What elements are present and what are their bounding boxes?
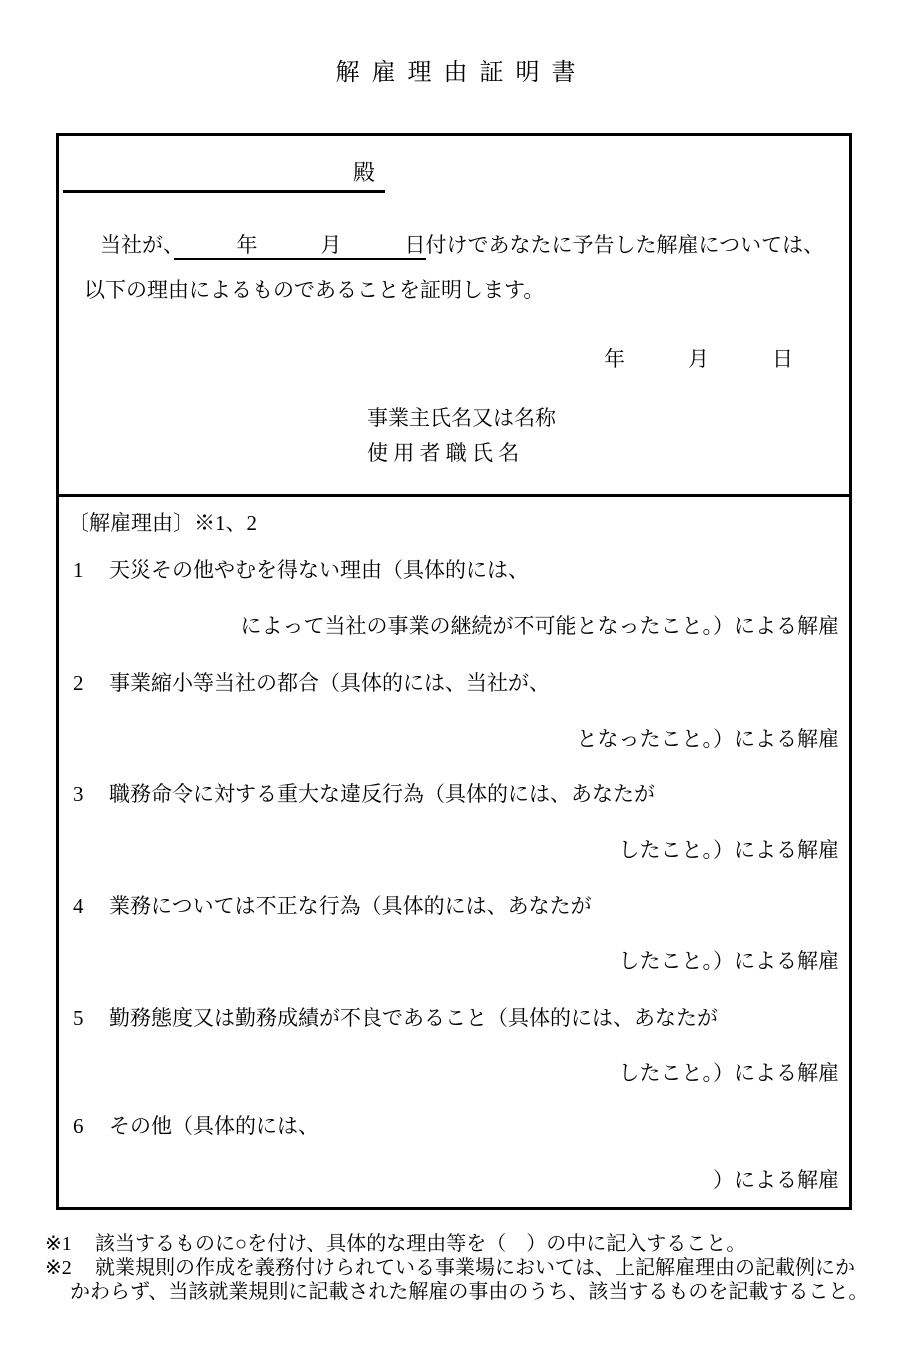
reason-item-2-line2: となったこと。）による解雇 [577, 723, 840, 753]
reason-item-1-line2: によって当社の事業の継続が不可能となったこと。）による解雇 [241, 610, 840, 640]
reason-item-6-text: その他（具体的には、 [109, 1114, 319, 1138]
reason-item-2-line1: 2事業縮小等当社の都合（具体的には、当社が、 [73, 667, 550, 697]
footnote-2-marker: ※2 [45, 1256, 95, 1280]
section-divider-line [59, 494, 849, 497]
addressee-blank-field: 殿 [63, 156, 385, 193]
dismissal-reason-certificate-page: 解 雇 理 由 証 明 書 殿 当社が、 年 月 日付けであなたに予告した解雇に… [0, 0, 914, 1368]
reason-item-4-line2: したこと。）による解雇 [619, 945, 840, 975]
reason-item-3-line1: 3職務命令に対する重大な違反行為（具体的には、あなたが [73, 778, 655, 808]
certificate-body-line2: 以下の理由によるものであることを証明します。 [84, 277, 544, 304]
reasons-section-heading: 〔解雇理由〕※1、2 [68, 507, 257, 537]
reason-item-5-number: 5 [73, 1006, 109, 1031]
reason-item-4-line1: 4業務については不正な行為（具体的には、あなたが [73, 890, 592, 920]
footnote-1-marker: ※1 [45, 1232, 95, 1256]
reason-item-1-number: 1 [73, 558, 109, 583]
reason-item-2-number: 2 [73, 671, 109, 696]
signer-title-label: 使 用 者 職 氏 名 [367, 437, 519, 467]
reason-item-6-line1: 6その他（具体的には、 [73, 1110, 319, 1140]
body-line1-prefix: 当社が、 [100, 233, 174, 257]
certificate-body-line1: 当社が、 年 月 日付けであなたに予告した解雇については、 [100, 232, 824, 259]
reason-item-5-text: 勤務態度又は勤務成績が不良であること（具体的には、あなたが [109, 1006, 718, 1030]
reason-item-3-line2: したこと。）による解雇 [619, 834, 840, 864]
reason-item-4-number: 4 [73, 894, 109, 919]
reason-item-5-line1: 5勤務態度又は勤務成績が不良であること（具体的には、あなたが [73, 1002, 718, 1032]
reason-item-3-text: 職務命令に対する重大な違反行為（具体的には、あなたが [109, 782, 655, 806]
reason-item-1-line1: 1天災その他やむを得ない理由（具体的には、 [73, 554, 529, 584]
footnote-2: ※2就業規則の作成を義務付けられている事業場においては、上記解雇理由の記載例にか [45, 1256, 855, 1280]
addressee-honorific-label: 殿 [353, 160, 375, 185]
document-title: 解 雇 理 由 証 明 書 [0, 52, 914, 87]
body-line1-suffix: 付けであなたに予告した解雇については、 [426, 233, 825, 257]
footnote-1-text: 該当するものに○を付け、具体的な理由等を（ ）の中に記入すること。 [95, 1233, 746, 1255]
reason-item-3-number: 3 [73, 782, 109, 807]
reason-item-6-number: 6 [73, 1114, 109, 1139]
reason-item-5-line2: したこと。）による解雇 [619, 1057, 840, 1087]
issue-date-blank-line: 年 月 日 [604, 343, 793, 373]
reason-item-1-text: 天災その他やむを得ない理由（具体的には、 [109, 558, 529, 582]
reason-item-6-line2: ）による解雇 [713, 1164, 839, 1194]
footnote-1: ※1該当するものに○を付け、具体的な理由等を（ ）の中に記入すること。 [45, 1232, 746, 1256]
reason-item-4-text: 業務については不正な行為（具体的には、あなたが [109, 894, 592, 918]
notice-date-blank-field: 年 月 日 [174, 233, 426, 260]
reason-item-2-text: 事業縮小等当社の都合（具体的には、当社が、 [109, 671, 550, 695]
certificate-box: 殿 当社が、 年 月 日付けであなたに予告した解雇については、 以下の理由による… [56, 133, 852, 1210]
footnote-2-text-line1: 就業規則の作成を義務付けられている事業場においては、上記解雇理由の記載例にか [95, 1257, 855, 1279]
employer-name-label: 事業主氏名又は名称 [367, 402, 556, 432]
footnote-2-text-line2: かわらず、当該就業規則に記載された解雇の事由のうち、該当するものを記載すること。 [70, 1280, 868, 1304]
